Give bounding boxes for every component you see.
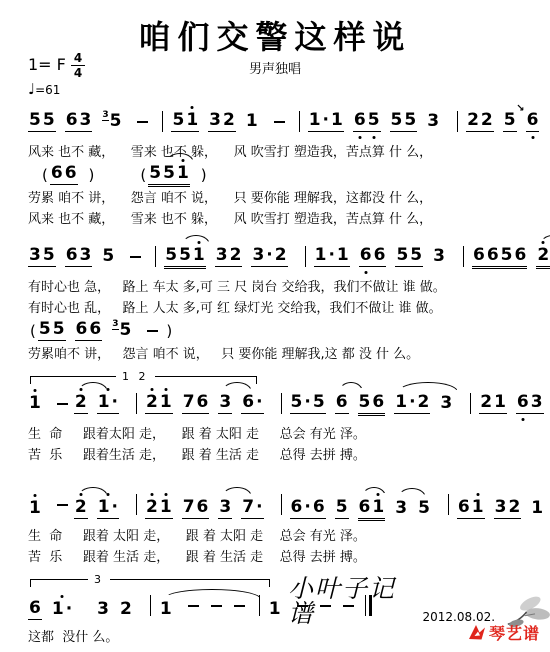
red-wing-logo-icon <box>468 624 487 641</box>
beam-group: 276 <box>536 245 550 267</box>
augmentation-dot: · <box>304 392 310 412</box>
note-digit: 1 <box>395 392 407 412</box>
octave-dot-above-icon <box>150 493 153 496</box>
beam-group: 3·2 <box>251 245 287 267</box>
beam-group: 1·2 <box>394 392 430 414</box>
volta-line <box>30 579 270 587</box>
note: 1 <box>268 599 282 620</box>
note-digit: 6 <box>372 392 384 412</box>
beam-group: 5 <box>101 246 115 267</box>
note: 6 <box>373 245 387 266</box>
octave-dot-above-icon <box>377 493 380 496</box>
note-digit: 5 <box>110 111 122 131</box>
grace-note: 3 <box>112 319 118 330</box>
note: 5 <box>164 245 178 266</box>
note: 5 <box>42 245 56 266</box>
note-digit: 5 <box>359 392 371 412</box>
note-digit: 1 <box>160 599 172 619</box>
parenthesis: ) <box>89 166 95 184</box>
note-digit: 2 <box>481 110 493 130</box>
note: 6 <box>335 392 349 413</box>
note-digit: 5 <box>29 110 41 130</box>
note: 1· <box>314 245 336 266</box>
note: 1 <box>471 497 485 518</box>
beam-group: 6·6 <box>290 497 326 519</box>
note-digit: 6 <box>359 497 371 517</box>
note: 6 <box>486 245 500 266</box>
barline <box>136 393 137 414</box>
note: 35 <box>101 111 122 132</box>
note: 6 <box>514 245 528 266</box>
beam-group: 51 <box>171 110 199 132</box>
parenthesis: ) <box>166 322 172 340</box>
note: 6 <box>516 392 530 413</box>
octave-dot-below-icon <box>521 418 524 421</box>
octave-dot-above-icon <box>79 493 82 496</box>
note-digit: 1 <box>29 393 41 413</box>
note-digit: 3 <box>219 392 231 412</box>
octave-dot-above-icon <box>106 493 109 496</box>
note: 6 <box>472 245 486 266</box>
note: 1 <box>336 245 350 266</box>
beam-group: 61 <box>457 497 485 519</box>
tempo-marking: ♩=61 <box>28 80 60 98</box>
note-digit: 2 <box>75 497 87 517</box>
note-digit: 5 <box>368 110 380 130</box>
note-digit: 5 <box>410 245 422 265</box>
note-digit: 1 <box>246 111 258 131</box>
note-digit: 5 <box>149 163 161 183</box>
note-digit: 6 <box>197 497 209 517</box>
note: 6 <box>353 110 367 131</box>
barline <box>463 246 464 267</box>
music-system: 1 2121·217636·5·56561·2321632生 命 跟着太阳 走，… <box>28 374 524 466</box>
note: 6 <box>75 319 89 340</box>
beam-group: 1 <box>28 393 42 414</box>
note-digit: 1 <box>309 110 321 130</box>
note: 6 <box>196 392 210 413</box>
note-digit: 1 <box>160 392 172 412</box>
note-digit: 1 <box>186 110 198 130</box>
octave-dot-above-icon <box>164 388 167 391</box>
note-digit: 6 <box>242 392 254 412</box>
beam-group: 2 <box>119 599 133 620</box>
note-digit: 5 <box>53 319 65 339</box>
octave-dot-above-icon <box>197 241 200 244</box>
note-digit: 5 <box>165 245 177 265</box>
note: 1 <box>159 392 173 413</box>
note: 1· <box>51 599 73 620</box>
note: 3 <box>79 245 93 266</box>
beam-group: 7· <box>241 497 263 519</box>
note: 5 <box>335 497 349 518</box>
augmentation-dot: · <box>409 392 415 412</box>
beam-group: 551 <box>164 245 206 267</box>
beam-group: 3 <box>439 393 453 414</box>
beam-group: 6656 <box>472 245 527 267</box>
note: 5 <box>101 246 115 267</box>
note: 6 <box>65 245 79 266</box>
note-digit: 6 <box>515 245 527 265</box>
note-digit: 1 <box>315 245 327 265</box>
note: 1 <box>530 498 544 519</box>
note-digit: 5 <box>39 319 51 339</box>
note: 35 <box>111 320 132 341</box>
lyric-line: 苦 乐 跟着生活 走， 跟 着 生活 走 总得 去拼 搏。 <box>28 445 524 466</box>
octave-dot-above-icon <box>61 595 64 598</box>
beam-group: 5 <box>417 498 431 519</box>
note: 5 <box>403 110 417 131</box>
lyric-line: 劳累 咱不 讲， 怨言 咱不 说， 只 要你能 理解我，这都没 什 么， <box>28 188 524 209</box>
publisher-logo-text: 琴艺谱 <box>489 621 540 644</box>
beam-group: 3 <box>96 599 110 620</box>
note: 1· <box>394 392 416 413</box>
note-digit: 3 <box>440 393 452 413</box>
note: 5 <box>312 392 326 413</box>
beam-group: 55 <box>38 319 66 341</box>
beam-group: 55 <box>28 110 56 132</box>
beam-group: 1 <box>245 111 259 132</box>
lyric-line: 有时心也 急， 路上 车太 多,可 三 尺 岗台 交给我，我们不做让 谁 做。 <box>28 277 524 298</box>
note: 1· <box>308 110 330 131</box>
note: 3· <box>251 245 273 266</box>
note: 6 <box>457 497 471 518</box>
note: 6 <box>28 598 42 619</box>
volta-label: 3 <box>88 573 110 586</box>
beam-group: 1 <box>159 599 173 620</box>
beam-group: 5 <box>335 497 349 519</box>
parenthesis: ( <box>30 322 36 340</box>
time-signature: 44 <box>71 52 85 79</box>
note: 5 <box>417 498 431 519</box>
note: 7 <box>182 497 196 518</box>
note-digit: 1 <box>372 497 384 517</box>
note-digit: 5 <box>43 245 55 265</box>
notation-systems: 556335513211·165553225↘65风来 也不 藏， 雪来 也不 … <box>28 104 524 652</box>
note-digit: 3 <box>216 245 228 265</box>
note: 2 <box>480 110 494 131</box>
note-digit: 3 <box>433 246 445 266</box>
beam-group: 551 <box>148 163 190 185</box>
note: 2 <box>536 245 550 266</box>
time-signature-numerator: 4 <box>71 52 85 66</box>
note: 5 <box>171 110 185 131</box>
beam-group: 66 <box>359 245 387 267</box>
duration-dash <box>234 605 245 607</box>
music-system: 556335513211·165553225↘65风来 也不 藏， 雪来 也不 … <box>28 104 524 230</box>
note: 5 <box>500 245 514 266</box>
beam-group: 55 <box>395 245 423 267</box>
duration-dash <box>137 121 148 123</box>
note: 3 <box>96 599 110 620</box>
note-digit: 6 <box>313 497 325 517</box>
note: 2 <box>229 245 243 266</box>
note-digit: 1 <box>177 163 189 183</box>
lyric-line: 风来 也不 藏， 雪来 也不 躲， 风 吹雪打 塑造我，苦点算 什 么， <box>28 142 524 163</box>
barline <box>162 111 163 132</box>
note: 7· <box>241 497 263 518</box>
note-digit: 3 <box>80 110 92 130</box>
note-digit: 3 <box>209 110 221 130</box>
note: 5· <box>290 392 312 413</box>
barline <box>136 494 137 515</box>
slur-arc <box>398 488 426 498</box>
note: 5 <box>162 163 176 184</box>
note: 5 <box>38 319 52 340</box>
beam-group: 55 <box>390 110 418 132</box>
note-digit: 6 <box>354 110 366 130</box>
beam-group: 76 <box>182 497 210 519</box>
beam-group: 2 <box>74 497 88 519</box>
beam-group: 76 <box>182 392 210 414</box>
note-digit: 3 <box>495 497 507 517</box>
note: 7 <box>182 392 196 413</box>
note: 3 <box>530 392 544 413</box>
beam-group: 1·1 <box>308 110 344 132</box>
note: 3 <box>426 111 440 132</box>
note: 3 <box>208 110 222 131</box>
note-digit: 1 <box>98 392 110 412</box>
music-system: 35635551323·21·166553665627665有时心也 急， 路上… <box>28 239 524 365</box>
beam-group: 1 <box>530 498 544 519</box>
augmentation-dot: · <box>256 392 262 412</box>
barline <box>150 595 151 616</box>
slur-arc <box>182 235 210 245</box>
octave-dot-below-icon <box>358 136 361 139</box>
note-digit: 3 <box>531 392 543 412</box>
beam-group: 32 <box>494 497 522 519</box>
note-digit: 6 <box>374 245 386 265</box>
note: 5 <box>28 110 42 131</box>
beam-group: 35 <box>111 320 132 341</box>
note-digit: 1 <box>331 110 343 130</box>
note: 1 <box>330 110 344 131</box>
beam-group: 35 <box>101 111 122 132</box>
note: 1 <box>28 393 42 414</box>
note: 5 <box>358 392 372 413</box>
octave-dot-above-icon <box>150 388 153 391</box>
barline <box>299 111 300 132</box>
barline <box>155 246 156 267</box>
slur-arc <box>222 487 252 497</box>
spacer <box>96 180 138 181</box>
note-digit: 5 <box>396 245 408 265</box>
octave-dot-above-icon <box>79 388 82 391</box>
note: 5 <box>42 110 56 131</box>
note-digit: 6 <box>66 245 78 265</box>
lyric-line: 生 命 跟着 太阳 走， 跟 着 太阳 走 总会 有光 泽。 <box>28 526 524 547</box>
note-digit: 1 <box>494 392 506 412</box>
note-digit: 3 <box>395 498 407 518</box>
note-digit: 5 <box>391 110 403 130</box>
note-digit: 6 <box>51 163 63 183</box>
parenthesis: ( <box>140 166 146 184</box>
note-digit: 2 <box>146 497 158 517</box>
beam-group: 1· <box>97 497 119 519</box>
beam-group: 6 <box>526 110 540 132</box>
duration-dash <box>211 605 222 607</box>
notation-line: 35635551323·21·166553665627665 <box>28 239 524 277</box>
note: 6· <box>290 497 312 518</box>
note-digit: 1 <box>160 497 172 517</box>
publisher-logo: 琴艺谱 <box>468 621 540 644</box>
note: 3 <box>218 392 232 413</box>
note: 1 <box>159 599 173 620</box>
tempo-value: =61 <box>35 83 60 97</box>
beam-group: 32 <box>215 245 243 267</box>
beam-group: 1 <box>28 498 42 519</box>
note-digit: 1 <box>531 498 543 518</box>
note: 5 <box>178 245 192 266</box>
duration-dash <box>130 256 141 258</box>
note: 1 <box>185 110 199 131</box>
beam-group: 1 <box>268 599 282 620</box>
inline-notation-line: (66)(551) <box>28 163 524 188</box>
octave-dot-above-icon <box>542 241 545 244</box>
note: 1 <box>371 497 385 518</box>
beam-group: 63 <box>65 110 93 132</box>
beam-group: 3 <box>426 111 440 132</box>
beam-group: 21 <box>145 497 173 519</box>
parenthesis: ( <box>42 166 48 184</box>
barline <box>281 393 282 414</box>
beam-group: 1· <box>97 392 119 414</box>
note: 6· <box>241 392 263 413</box>
note-digit: 2 <box>418 392 430 412</box>
beam-group: 63 <box>65 245 93 267</box>
note: 3 <box>432 246 446 267</box>
note: 6 <box>371 392 385 413</box>
note: 2 <box>417 392 431 413</box>
beam-group: 3 <box>394 498 408 519</box>
spacer <box>28 180 40 181</box>
note-digit: 2 <box>537 245 549 265</box>
note: 3 <box>79 110 93 131</box>
note-digit: 1 <box>193 245 205 265</box>
note-digit: 2 <box>508 497 520 517</box>
note-digit: 1 <box>98 497 110 517</box>
grace-note: 3 <box>102 110 108 121</box>
lyric-line: 生 命 跟着太阳 走， 跟 着 太阳 走 总会 有光 泽。 <box>28 424 524 445</box>
note: 6 <box>64 163 78 184</box>
beam-group: 6 <box>28 598 42 620</box>
octave-dot-below-icon <box>372 136 375 139</box>
note-digit: 5 <box>504 110 516 130</box>
beam-group: 6 <box>335 392 349 414</box>
note: 2 <box>145 392 159 413</box>
note: 2 <box>74 497 88 518</box>
note: 3 <box>215 245 229 266</box>
slur-arc <box>163 589 261 599</box>
note-digit: 3 <box>427 111 439 131</box>
slur-arc <box>362 487 386 497</box>
note: 2 <box>274 245 288 266</box>
octave-dot-above-icon <box>476 493 479 496</box>
note-digit: 7 <box>183 392 195 412</box>
beam-group: 66 <box>75 319 103 341</box>
note-digit: 6 <box>66 110 78 130</box>
note: 3 <box>218 497 232 518</box>
note: 5 <box>390 110 404 131</box>
note: 5 <box>367 110 381 131</box>
note-digit: 6 <box>527 110 539 130</box>
beam-group: 1· <box>51 599 73 620</box>
note: 5 <box>52 319 66 340</box>
note-digit: 2 <box>75 392 87 412</box>
volta-label: 1 2 <box>116 370 155 383</box>
barline <box>305 246 306 267</box>
note-digit: 5 <box>102 246 114 266</box>
note: 6 <box>358 497 372 518</box>
beam-group: 5·5 <box>290 392 326 414</box>
note: 2 <box>222 110 236 131</box>
octave-dot-above-icon <box>33 389 36 392</box>
barline <box>281 494 282 515</box>
note: 6 <box>65 110 79 131</box>
lyric-line: 劳累咱不 讲， 怨言 咱不 说， 只 要你能 理解我,这 都 没 什 么。 <box>28 344 524 365</box>
lyric-line: 有时心也 乱， 路上 人太 多,可 红 绿灯光 交给我，我们不做让 谁 做。 <box>28 298 524 319</box>
notation-line: 121·217636·5·56561·2321632 <box>28 386 524 424</box>
augmentation-dot: · <box>66 599 72 619</box>
note-digit: 1 <box>29 498 41 518</box>
spacer <box>82 611 96 612</box>
note: 6 <box>196 497 210 518</box>
beam-group: 2 <box>74 392 88 414</box>
augmentation-dot: · <box>112 497 118 517</box>
notation-line: 556335513211·165553225↘65 <box>28 104 524 142</box>
augmentation-dot: · <box>266 245 272 265</box>
octave-dot-below-icon <box>531 136 534 139</box>
inline-notation-line: (556635) <box>28 319 524 344</box>
augmentation-dot: · <box>112 392 118 412</box>
beam-group: 56 <box>358 392 386 414</box>
note-digit: 5 <box>163 163 175 183</box>
notation-line: 121·217637·6·65613561321 <box>28 488 524 526</box>
duration-dash <box>274 121 285 123</box>
beam-group: 35 <box>28 245 56 267</box>
lyric-line: 苦 乐 跟着 生活 走， 跟 着 生活 走 总得 去拼 搏。 <box>28 547 524 568</box>
note: 1 <box>493 392 507 413</box>
note: 1· <box>97 392 119 413</box>
beam-group: 5↘ <box>503 110 517 132</box>
note-digit: 6 <box>487 245 499 265</box>
beam-group: 6· <box>241 392 263 414</box>
volta-bracket: 1 2 <box>28 374 524 385</box>
note-digit: 6 <box>89 319 101 339</box>
note-digit: 3 <box>252 245 264 265</box>
beam-group: 32 <box>208 110 236 132</box>
note: 5 <box>409 245 423 266</box>
note-digit: 6 <box>517 392 529 412</box>
note-digit: 5 <box>291 392 303 412</box>
octave-dot-above-icon <box>181 159 184 162</box>
note: 2 <box>119 599 133 620</box>
note: 6 <box>88 319 102 340</box>
note-digit: 5 <box>43 110 55 130</box>
beam-group: 61 <box>358 497 386 519</box>
octave-dot-above-icon <box>191 106 194 109</box>
note-digit: 1 <box>337 245 349 265</box>
barline <box>470 393 471 414</box>
note-digit: 6 <box>76 319 88 339</box>
octave-dot-above-icon <box>164 493 167 496</box>
augmentation-dot: · <box>256 497 262 517</box>
note: 5 <box>395 245 409 266</box>
note: 2 <box>466 110 480 131</box>
note: 3 <box>494 497 508 518</box>
key-signature: 1= F44 <box>28 52 85 79</box>
note-digit: 6 <box>458 497 470 517</box>
